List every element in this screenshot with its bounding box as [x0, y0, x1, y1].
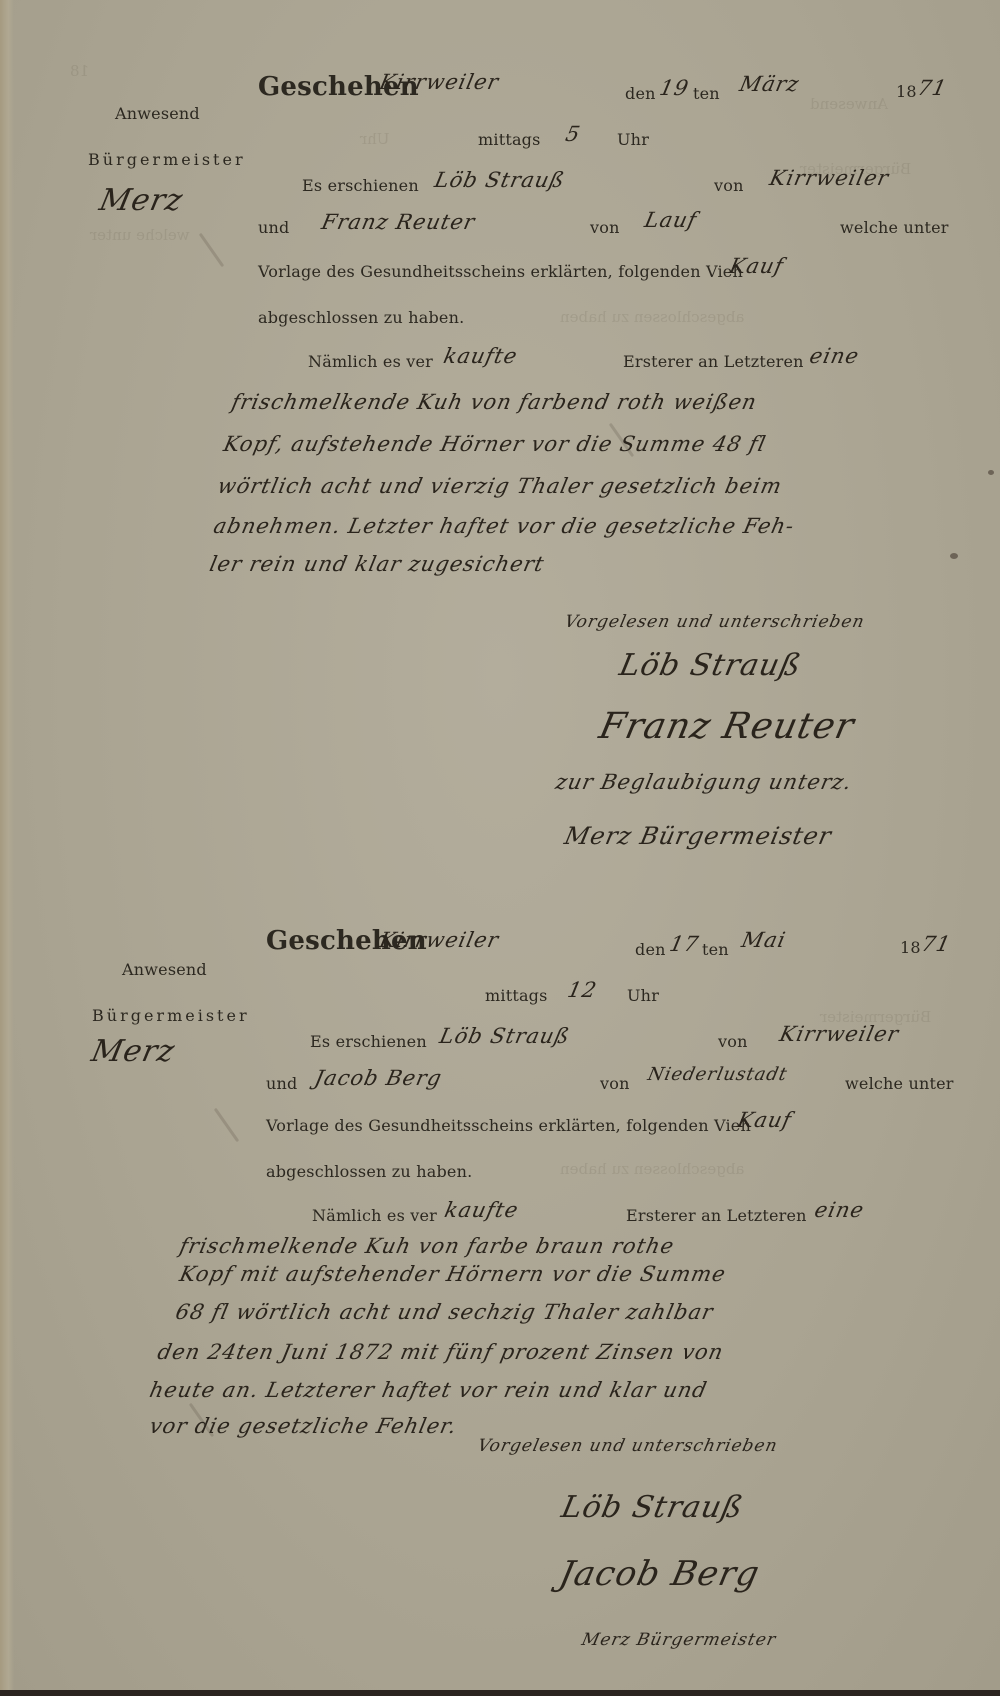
ten-label: ten — [693, 84, 720, 103]
deal-type: Kauf — [735, 1108, 794, 1132]
place: Kirrweiler — [377, 70, 501, 94]
bleed-through-text: abgeschlossen zu haben — [560, 1160, 744, 1178]
body-line: vor die gesetzliche Fehler. — [147, 1414, 459, 1438]
party2-name: Jacob Berg — [312, 1066, 444, 1090]
naemlich-label: Nämlich es ver — [308, 352, 433, 371]
mittags-label: mittags — [485, 986, 548, 1005]
verb: kaufte — [442, 1198, 521, 1222]
body-line: wörtlich acht und vierzig Thaler gesetzl… — [215, 474, 784, 498]
deal-type: Kauf — [727, 254, 786, 278]
von-label: von — [590, 218, 620, 237]
welche-unter-label: welche unter — [840, 218, 949, 237]
body-line: frischmelkende Kuh von farbend roth weiß… — [229, 390, 759, 414]
bleed-through-text: abgeschlossen zu haben — [560, 308, 744, 326]
den-label: den — [635, 940, 666, 959]
vorlage-line: Vorlage des Gesundheitsscheins erklärten… — [258, 262, 743, 281]
ink-streak — [214, 1108, 239, 1142]
bleed-through-text: Anwesend — [810, 95, 888, 113]
ten-label: ten — [702, 940, 729, 959]
vorlage-line: Vorlage des Gesundheitsscheins erklärten… — [266, 1116, 751, 1135]
welche-unter-label: welche unter — [845, 1074, 954, 1093]
body-line: frischmelkende Kuh von farbe braun rothe — [177, 1234, 676, 1258]
body-line: Kopf mit aufstehender Hörnern vor die Su… — [177, 1262, 728, 1286]
signature: zur Beglaubigung unterz. — [553, 770, 854, 794]
mayor-signature: Merz — [96, 183, 186, 218]
party1-place: Kirrweiler — [767, 166, 891, 190]
abgeschlossen-line: abgeschlossen zu haben. — [266, 1162, 472, 1181]
mayor-label: Bürgermeister — [88, 150, 246, 169]
verb: kaufte — [441, 344, 520, 368]
closing-text: Vorgelesen und unterschrieben — [476, 1436, 780, 1456]
party1-name: Löb Strauß — [432, 168, 567, 192]
und-label: und — [266, 1074, 297, 1093]
naemlich-label: Nämlich es ver — [312, 1206, 437, 1225]
signature: Löb Strauß — [616, 648, 804, 683]
party1-place: Kirrweiler — [777, 1022, 901, 1046]
bleed-through-text: welche unter — [90, 226, 190, 244]
first-word: eine — [807, 344, 861, 368]
year-suffix: 71 — [919, 932, 953, 956]
year-prefix: 18 — [896, 82, 917, 101]
abgeschlossen-line: abgeschlossen zu haben. — [258, 308, 464, 327]
body-line: heute an. Letzterer haftet vor rein und … — [147, 1378, 709, 1402]
signature: Jacob Berg — [556, 1554, 764, 1594]
party2-place: Niederlustadt — [646, 1064, 790, 1085]
hour: 12 — [565, 978, 599, 1002]
year-suffix: 71 — [915, 76, 949, 100]
ink-spot — [988, 470, 994, 475]
und-label: und — [258, 218, 289, 237]
party1-name: Löb Strauß — [437, 1024, 572, 1048]
day: 17 — [667, 932, 701, 956]
year-prefix: 18 — [900, 938, 921, 957]
present-label: Anwesend — [115, 104, 200, 123]
bleed-through-text: Uhr — [360, 130, 389, 148]
von-label: von — [714, 176, 744, 195]
uhr-label: Uhr — [627, 986, 659, 1005]
month: März — [737, 72, 801, 96]
von-label: von — [600, 1074, 630, 1093]
month: Mai — [739, 928, 788, 952]
closing-text: Vorgelesen und unterschrieben — [563, 612, 867, 632]
party2-place: Lauf — [642, 208, 699, 232]
first-word: eine — [812, 1198, 866, 1222]
von-label: von — [718, 1032, 748, 1051]
es-erschienen-label: Es erschienen — [310, 1032, 427, 1051]
page-bottom-edge — [0, 1690, 1000, 1696]
ersterer-label: Ersterer an Letzteren — [623, 352, 804, 371]
body-line: den 24ten Juni 1872 mit fünf prozent Zin… — [155, 1340, 725, 1364]
ink-streak — [199, 233, 224, 267]
bleed-through-text: 18 — [70, 62, 89, 80]
place: Kirrweiler — [377, 928, 501, 952]
document-page: 18 Uhr Anwesend Bürgermeister welche unt… — [0, 0, 1000, 1690]
day: 19 — [657, 76, 691, 100]
signature: Merz Bürgermeister — [562, 822, 834, 850]
signature: Franz Reuter — [596, 706, 859, 747]
body-line: abnehmen. Letzter haftet vor die gesetzl… — [211, 514, 796, 538]
party2-name: Franz Reuter — [319, 210, 477, 234]
es-erschienen-label: Es erschienen — [302, 176, 419, 195]
body-line: Kopf, aufstehende Hörner vor die Summe 4… — [221, 432, 768, 456]
present-label: Anwesend — [122, 960, 207, 979]
den-label: den — [625, 84, 656, 103]
ink-spot — [950, 553, 958, 559]
signature: Merz Bürgermeister — [580, 1630, 778, 1650]
mayor-label: Bürgermeister — [92, 1006, 250, 1025]
signature: Löb Strauß — [558, 1490, 746, 1525]
body-line: ler rein und klar zugesichert — [207, 552, 546, 576]
mayor-signature: Merz — [88, 1034, 178, 1069]
ersterer-label: Ersterer an Letzteren — [626, 1206, 807, 1225]
mittags-label: mittags — [478, 130, 541, 149]
body-line: 68 fl wörtlich acht und sechzig Thaler z… — [173, 1300, 715, 1324]
uhr-label: Uhr — [617, 130, 649, 149]
hour: 5 — [563, 122, 582, 146]
